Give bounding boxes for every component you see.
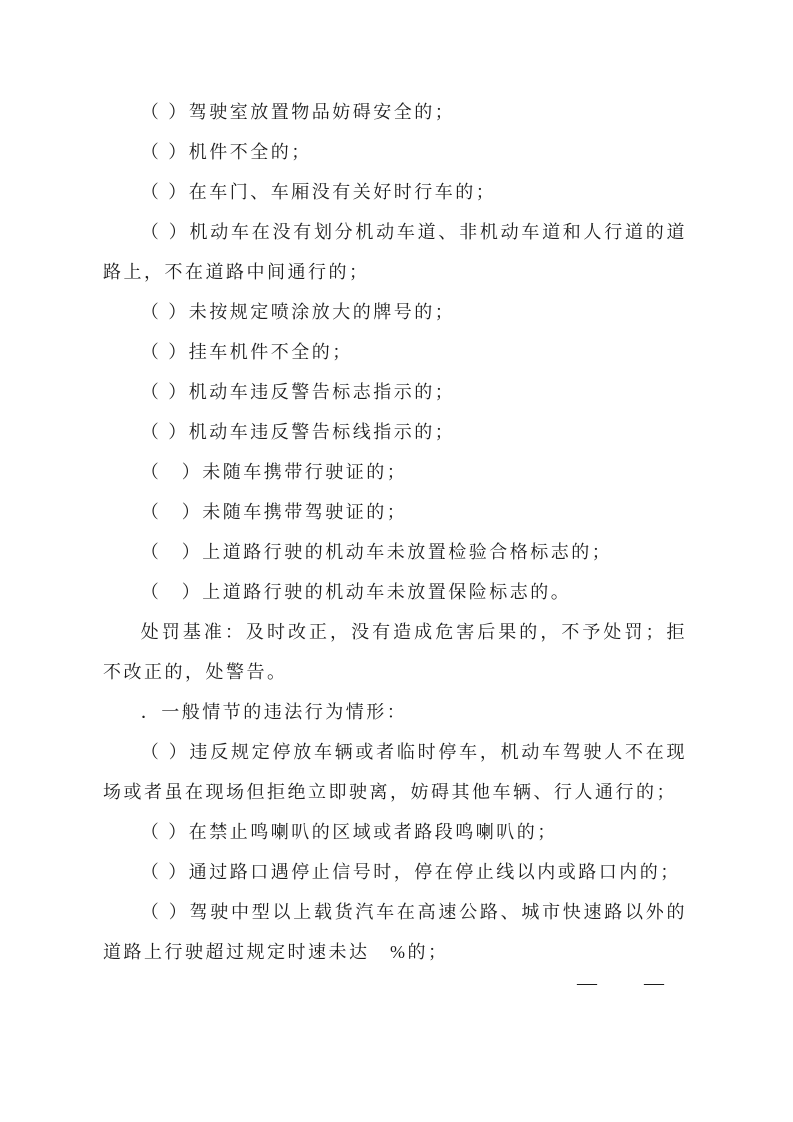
violation-item: （ ）未随车携带驾驶证的； [103,492,687,532]
violation-item: （ ）未按规定喷涂放大的牌号的； [103,292,687,332]
violation-item: （ ）挂车机件不全的； [103,332,687,372]
penalty-standard-paragraph: 处罚基准：及时改正，没有造成危害后果的，不予处罚；拒不改正的，处警告。 [103,612,687,692]
document-page: （ ）驾驶室放置物品妨碍安全的； （ ）机件不全的； （ ）在车门、车厢没有关好… [0,0,793,1122]
page-number-dash-right: — [644,969,664,997]
violation-item: （ ）驾驶室放置物品妨碍安全的； [103,92,687,132]
page-number-footer: —— [577,969,664,997]
violation-item: （ ）驾驶中型以上载货汽车在高速公路、城市快速路以外的道路上行驶超过规定时速未达… [103,892,687,972]
violation-item: （ ）在禁止鸣喇叭的区域或者路段鸣喇叭的； [103,812,687,852]
violation-item: （ ）机动车在没有划分机动车道、非机动车道和人行道的道路上，不在道路中间通行的； [103,212,687,292]
violation-item: （ ）上道路行驶的机动车未放置检验合格标志的； [103,532,687,572]
violation-item: （ ）在车门、车厢没有关好时行车的； [103,172,687,212]
violation-item: （ ）机动车违反警告标线指示的； [103,412,687,452]
violation-item: （ ）机动车违反警告标志指示的； [103,372,687,412]
page-number-dash-left: — [577,969,597,997]
violation-item: （ ）通过路口遇停止信号时，停在停止线以内或路口内的； [103,852,687,892]
violation-item: （ ）违反规定停放车辆或者临时停车，机动车驾驶人不在现场或者虽在现场但拒绝立即驶… [103,732,687,812]
document-body: （ ）驾驶室放置物品妨碍安全的； （ ）机件不全的； （ ）在车门、车厢没有关好… [103,92,687,972]
violation-item: （ ）未随车携带行驶证的； [103,452,687,492]
violation-item: （ ）上道路行驶的机动车未放置保险标志的。 [103,572,687,612]
violation-item: （ ）机件不全的； [103,132,687,172]
section-heading-general-circumstances: ．一般情节的违法行为情形： [103,692,687,732]
